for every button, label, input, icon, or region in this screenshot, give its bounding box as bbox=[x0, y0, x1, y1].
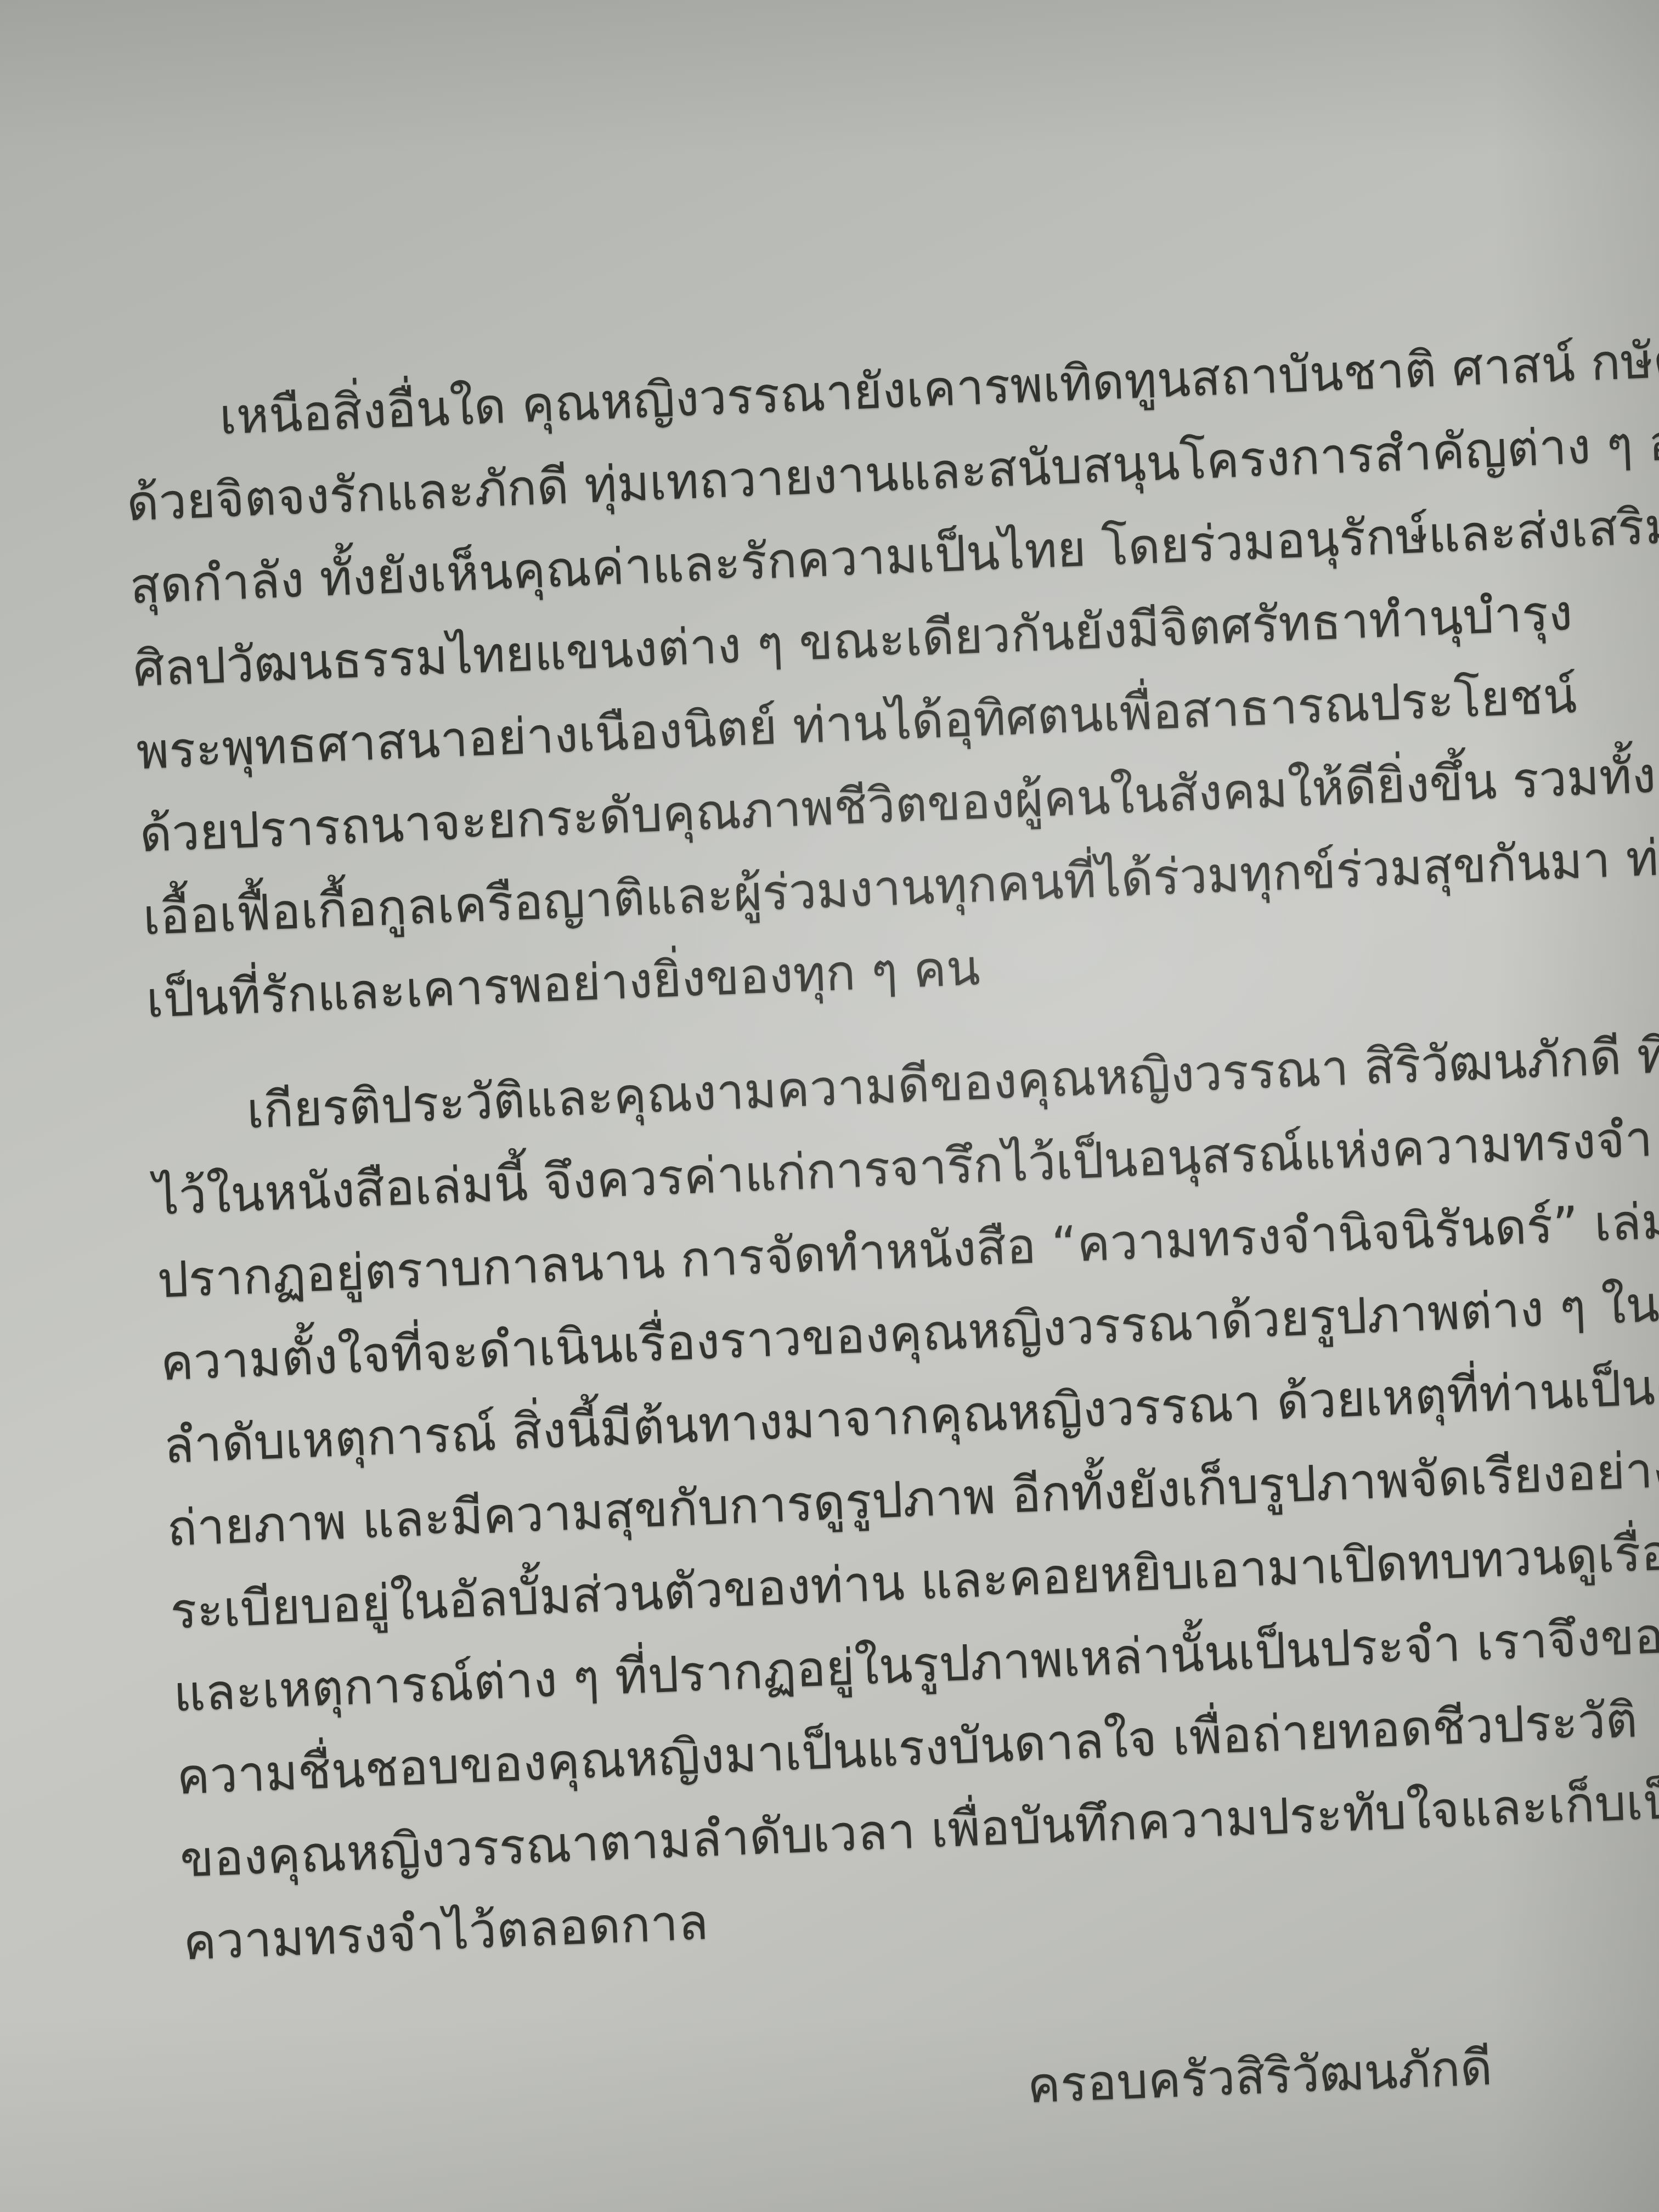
text-block: เหนือสิ่งอื่นใด คุณหญิงวรรณายังเคารพเทิด… bbox=[122, 324, 1601, 2160]
page-photo-background: { "paragraphs": [ { "lines": [ "เหนือสิ่… bbox=[0, 0, 1659, 2212]
signature-line: ครอบครัวสิริวัฒนภักดี bbox=[189, 2022, 1601, 2160]
paragraph-1: เหนือสิ่งอื่นใด คุณหญิงวรรณายังเคารพเทิด… bbox=[122, 324, 1556, 1042]
book-page: เหนือสิ่งอื่นใด คุณหญิงวรรณายังเคารพเทิด… bbox=[0, 0, 1659, 2212]
paragraph-2: เกียรติประวัติและคุณงามความดีของคุณหญิงว… bbox=[149, 1018, 1594, 1984]
